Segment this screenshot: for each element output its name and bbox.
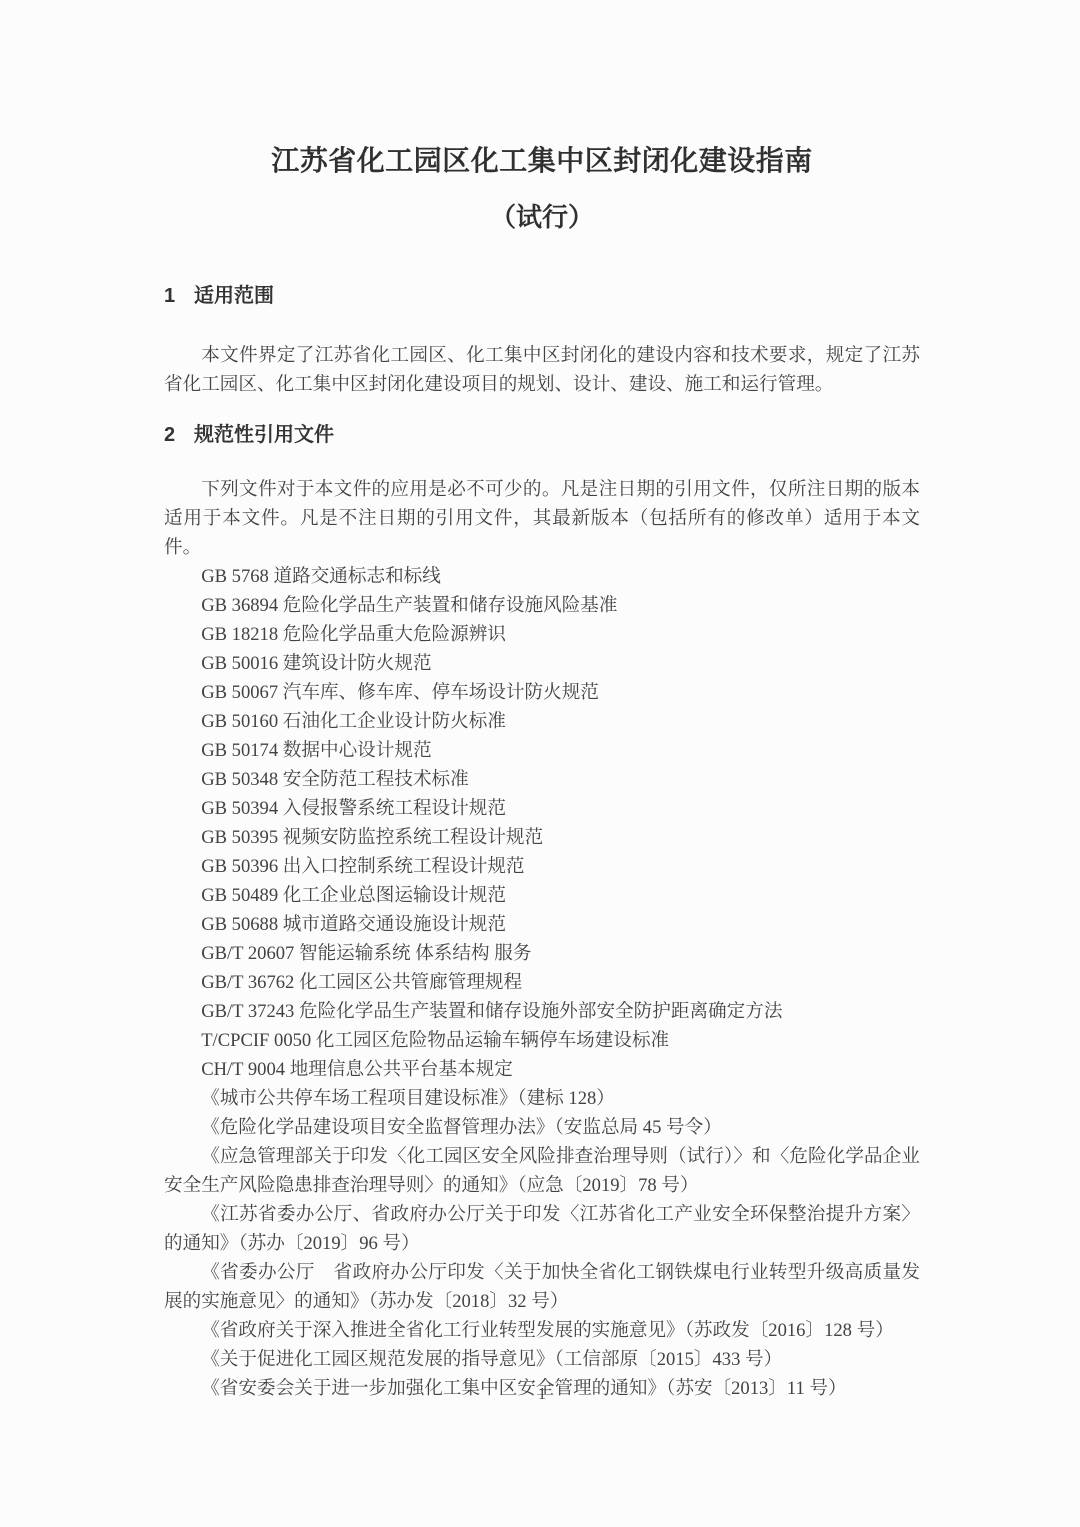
reference-item: GB 50688 城市道路交通设施设计规范: [164, 910, 920, 939]
reference-item: 《危险化学品建设项目安全监督管理办法》（安监总局 45 号令）: [164, 1113, 920, 1142]
reference-item: GB 50174 数据中心设计规范: [164, 736, 920, 765]
section-1-title: 适用范围: [194, 285, 274, 307]
section-1-paragraph: 本文件界定了江苏省化工园区、化工集中区封闭化的建设内容和技术要求，规定了江苏省化…: [164, 341, 920, 399]
reference-item: GB 5768 道路交通标志和标线: [164, 562, 920, 591]
section-2-paragraph: 下列文件对于本文件的应用是必不可少的。凡是注日期的引用文件，仅所注日期的版本适用…: [164, 475, 920, 562]
reference-item: GB/T 20607 智能运输系统 体系结构 服务: [164, 939, 920, 968]
document-page: 江苏省化工园区化工集中区封闭化建设指南 （试行） 1适用范围 本文件界定了江苏省…: [0, 0, 1080, 1527]
section-1-number: 1: [164, 283, 194, 309]
reference-item: GB 50067 汽车库、修车库、停车场设计防火规范: [164, 678, 920, 707]
reference-list: GB 5768 道路交通标志和标线GB 36894 危险化学品生产装置和储存设施…: [164, 562, 920, 1403]
reference-item: 《关于促进化工园区规范发展的指导意见》（工信部原〔2015〕433 号）: [164, 1345, 920, 1374]
reference-item: GB 50394 入侵报警系统工程设计规范: [164, 794, 920, 823]
reference-item: GB 50160 石油化工企业设计防火标准: [164, 707, 920, 736]
reference-item: GB 50395 视频安防监控系统工程设计规范: [164, 823, 920, 852]
reference-item: GB 18218 危险化学品重大危险源辨识: [164, 620, 920, 649]
section-2-heading: 2规范性引用文件: [164, 422, 920, 448]
section-2-number: 2: [164, 422, 194, 448]
document-content: 江苏省化工园区化工集中区封闭化建设指南 （试行） 1适用范围 本文件界定了江苏省…: [164, 0, 920, 1403]
reference-item: GB 50489 化工企业总图运输设计规范: [164, 881, 920, 910]
reference-item: GB/T 36762 化工园区公共管廊管理规程: [164, 968, 920, 997]
reference-item: T/CPCIF 0050 化工园区危险物品运输车辆停车场建设标准: [164, 1026, 920, 1055]
reference-item: GB/T 37243 危险化学品生产装置和储存设施外部安全防护距离确定方法: [164, 997, 920, 1026]
section-2-title: 规范性引用文件: [194, 424, 334, 446]
reference-item: GB 36894 危险化学品生产装置和储存设施风险基准: [164, 591, 920, 620]
page-number: 1: [164, 1383, 920, 1405]
reference-item: 《应急管理部关于印发〈化工园区安全风险排查治理导则（试行）〉和〈危险化学品企业安…: [164, 1142, 920, 1200]
section-1-heading: 1适用范围: [164, 283, 920, 309]
reference-item: 《省政府关于深入推进全省化工行业转型发展的实施意见》（苏政发〔2016〕128 …: [164, 1316, 920, 1345]
document-subtitle: （试行）: [164, 200, 920, 234]
reference-item: CH/T 9004 地理信息公共平台基本规定: [164, 1055, 920, 1084]
document-title: 江苏省化工园区化工集中区封闭化建设指南: [164, 0, 920, 180]
reference-item: 《省委办公厅 省政府办公厅印发〈关于加快全省化工钢铁煤电行业转型升级高质量发展的…: [164, 1258, 920, 1316]
reference-item: GB 50396 出入口控制系统工程设计规范: [164, 852, 920, 881]
reference-item: GB 50348 安全防范工程技术标准: [164, 765, 920, 794]
reference-item: 《城市公共停车场工程项目建设标准》（建标 128）: [164, 1084, 920, 1113]
reference-item: 《江苏省委办公厅、省政府办公厅关于印发〈江苏省化工产业安全环保整治提升方案〉的通…: [164, 1200, 920, 1258]
reference-item: GB 50016 建筑设计防火规范: [164, 649, 920, 678]
